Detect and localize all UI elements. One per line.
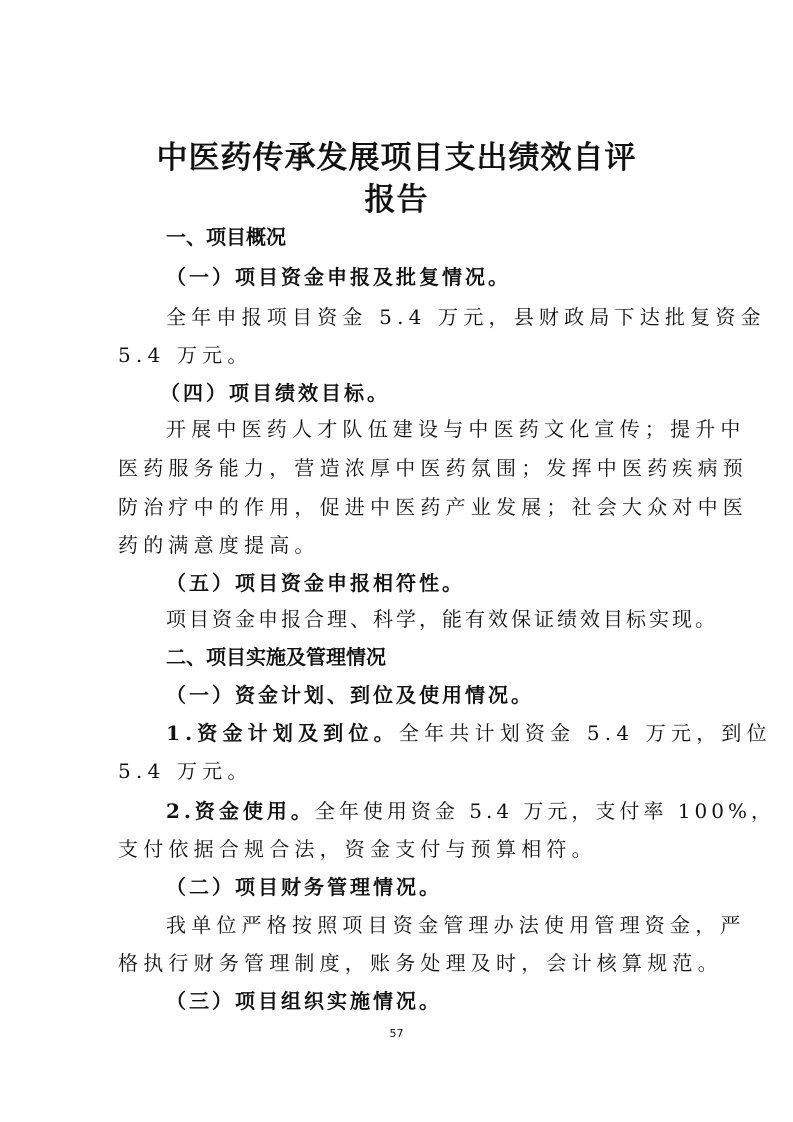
paragraph-line: 防治疗中的作用，促进中医药产业发展；社会大众对中医 — [118, 494, 748, 520]
subheading-funding-consistency: （五）项目资金申报相符性。 — [166, 570, 465, 596]
paragraph-line: 格执行财务管理制度，账务处理及时，会计核算规范。 — [118, 950, 723, 976]
page-number: 57 — [0, 1027, 793, 1040]
paragraph-line: 支付依据合规合法，资金支付与预算相符。 — [118, 836, 597, 862]
paragraph-text: 全年使用资金 5.4 万元，支付率 100%， — [315, 799, 775, 823]
subheading-performance-goals: （四）项目绩效目标。 — [160, 380, 390, 406]
paragraph-lead-bold: 2.资金使用。 — [166, 799, 315, 823]
heading-section-2: 二、项目实施及管理情况 — [166, 644, 386, 670]
paragraph-line: 开展中医药人才队伍建设与中医药文化宣传；提升中 — [166, 416, 746, 442]
subheading-implementation: （三）项目组织实施情况。 — [166, 988, 442, 1014]
document-title-line2: 报告 — [0, 180, 793, 220]
paragraph-lead-bold: 1.资金计划及到位。 — [166, 721, 399, 745]
subheading-funding-plan: （一）资金计划、到位及使用情况。 — [166, 682, 534, 708]
paragraph-line: 5.4 万元。 — [118, 758, 253, 784]
paragraph-line: 我单位严格按照项目资金管理办法使用管理资金，严 — [166, 912, 746, 938]
paragraph-funding-use: 2.资金使用。全年使用资金 5.4 万元，支付率 100%， — [166, 798, 775, 824]
paragraph-line: 医药服务能力，营造浓厚中医药氛围；发挥中医药疾病预 — [118, 455, 748, 481]
subheading-funding-application: （一）项目资金申报及批复情况。 — [166, 264, 511, 290]
paragraph-line: 全年申报项目资金 5.4 万元，县财政局下达批复资金 — [166, 304, 766, 330]
heading-section-1: 一、项目概况 — [166, 224, 286, 250]
paragraph-line: 药的满意度提高。 — [118, 532, 320, 558]
paragraph-funding-plan: 1.资金计划及到位。全年共计划资金 5.4 万元，到位 — [166, 720, 772, 746]
subheading-financial-management: （二）项目财务管理情况。 — [166, 874, 442, 900]
paragraph-line: 项目资金申报合理、科学，能有效保证绩效目标实现。 — [166, 606, 718, 632]
paragraph-line: 5.4 万元。 — [118, 342, 253, 368]
document-title-line1: 中医药传承发展项目支出绩效自评 — [0, 138, 793, 178]
paragraph-text: 全年共计划资金 5.4 万元，到位 — [399, 721, 772, 745]
